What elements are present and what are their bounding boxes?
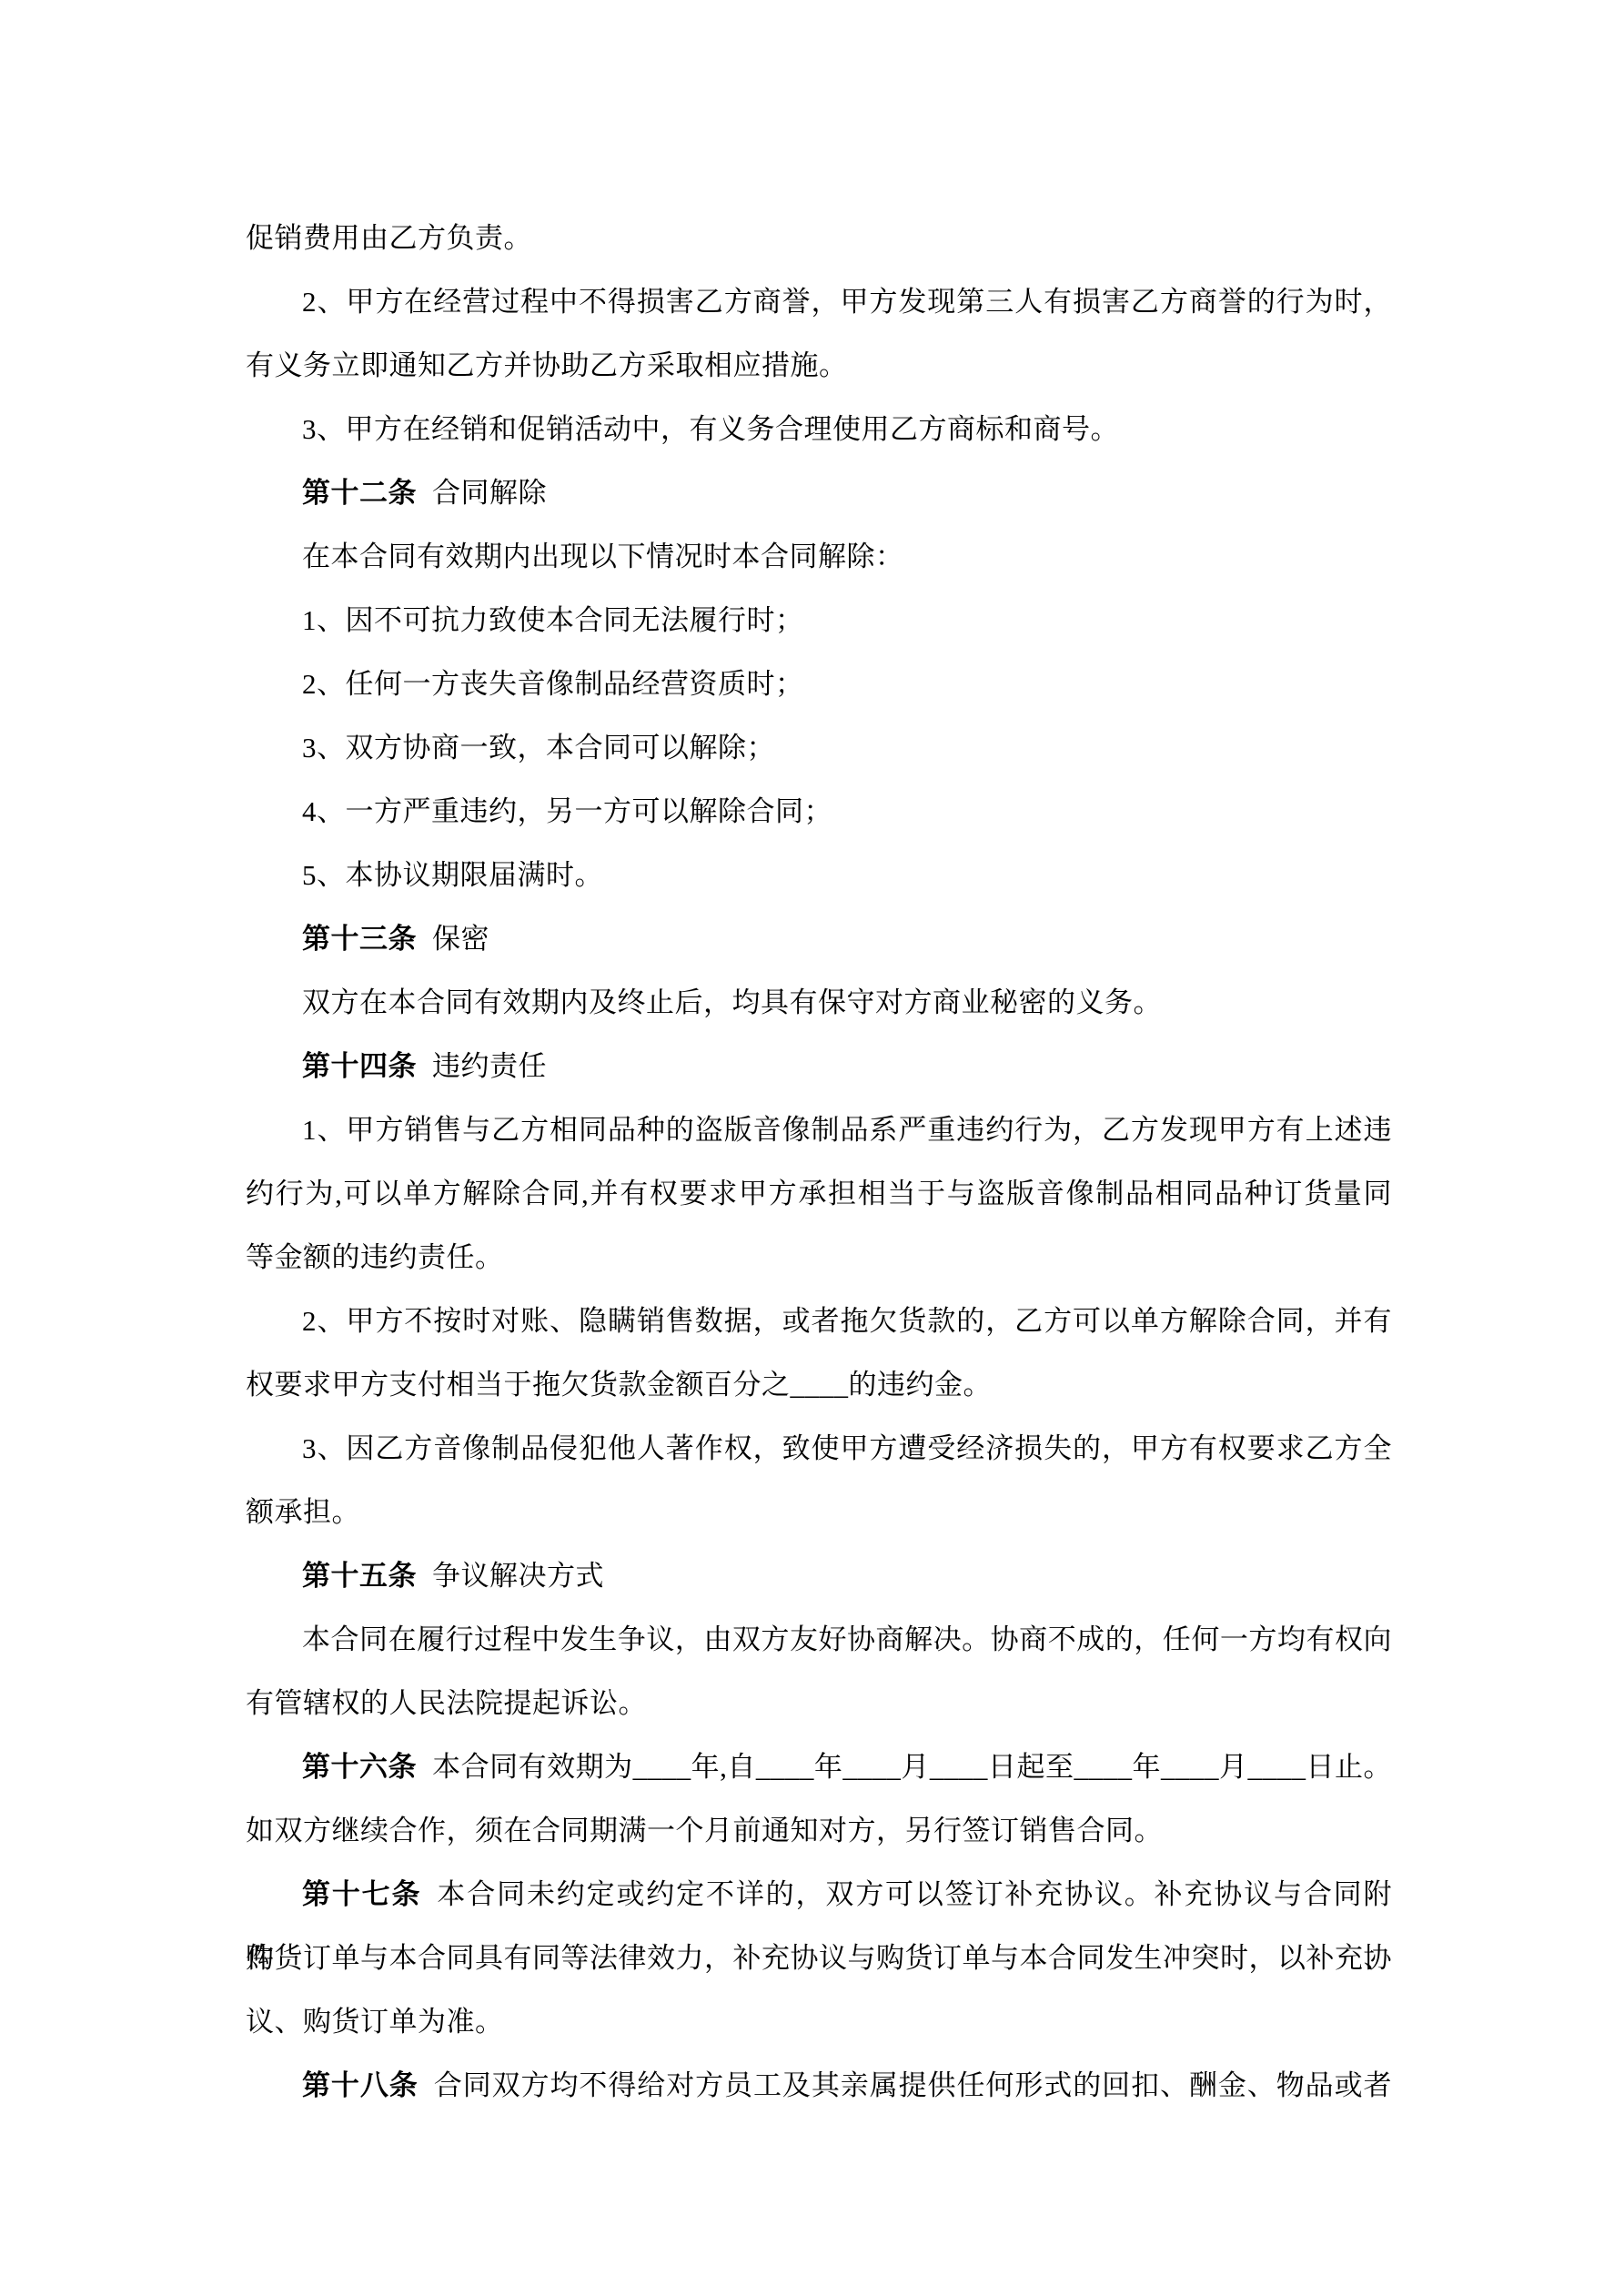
document-line: 第十二条合同解除 [246,461,1392,525]
line-text: 合同双方均不得给对方员工及其亲属提供任何形式的回扣、酬金、物品或者 [434,2069,1392,2101]
document-line: 有管辖权的人民法院提起诉讼。 [246,1672,1392,1735]
line-text: 争议解决方式 [432,1560,604,1592]
document-line: 如双方继续合作，须在合同期满一个月前通知对方，另行签订销售合同。 [246,1799,1392,1863]
article-number: 第十五条 [302,1560,417,1592]
line-text: 等金额的违约责任。 [246,1241,504,1273]
line-text: 本合同在履行过程中发生争议，由双方友好协商解决。协商不成的，任何一方均有权向 [302,1623,1392,1655]
document-line: 3、双方协商一致，本合同可以解除； [246,716,1392,780]
line-text: 购货订单与本合同具有同等法律效力，补充协议与购货订单与本合同发生冲突时，以补充协 [246,1942,1392,1974]
article-number: 第十八条 [302,2069,419,2101]
document-line: 本合同在履行过程中发生争议，由双方友好协商解决。协商不成的，任何一方均有权向 [246,1608,1392,1672]
document-line: 5、本协议期限届满时。 [246,844,1392,907]
article-number: 第十三条 [302,923,417,955]
document-line: 购货订单与本合同具有同等法律效力，补充协议与购货订单与本合同发生冲突时，以补充协 [246,1927,1392,1990]
document-line: 4、一方严重违约，另一方可以解除合同； [246,780,1392,844]
document-line: 第十六条本合同有效期为____年,自____年____月____日起至____年… [246,1735,1392,1799]
line-text: 4、一方严重违约，另一方可以解除合同； [302,795,832,827]
line-text: 合同解除 [432,477,547,509]
line-text: 议、购货订单为准。 [246,2006,504,2038]
line-text: 3、双方协商一致，本合同可以解除； [302,732,775,764]
line-text: 保密 [432,923,489,955]
document-line: 第十三条保密 [246,907,1392,971]
document-body: 促销费用由乙方负责。2、甲方在经营过程中不得损害乙方商誉，甲方发现第三人有损害乙… [246,207,1392,2118]
document-line: 在本合同有效期内出现以下情况时本合同解除： [246,525,1392,589]
line-text: 2、甲方在经营过程中不得损害乙方商誉，甲方发现第三人有损害乙方商誉的行为时， [302,286,1392,318]
line-text: 5、本协议期限届满时。 [302,859,603,891]
line-text: 约行为,可以单方解除合同,并有权要求甲方承担相当于与盗版音像制品相同品种订货量同 [246,1178,1392,1209]
document-line: 权要求甲方支付相当于拖欠货款金额百分之____的违约金。 [246,1353,1392,1417]
document-line: 有义务立即通知乙方并协助乙方采取相应措施。 [246,334,1392,398]
article-number: 第十六条 [302,1751,417,1783]
document-line: 1、甲方销售与乙方相同品种的盗版音像制品系严重违约行为，乙方发现甲方有上述违 [246,1098,1392,1162]
document-page: 促销费用由乙方负责。2、甲方在经营过程中不得损害乙方商誉，甲方发现第三人有损害乙… [0,0,1624,2296]
document-line: 第十五条争议解决方式 [246,1544,1392,1608]
line-text: 3、因乙方音像制品侵犯他人著作权，致使甲方遭受经济损失的，甲方有权要求乙方全 [302,1432,1392,1464]
line-text: 如双方继续合作，须在合同期满一个月前通知对方，另行签订销售合同。 [246,1815,1163,1846]
document-line: 1、因不可抗力致使本合同无法履行时； [246,589,1392,652]
line-text: 有管辖权的人民法院提起诉讼。 [246,1687,647,1719]
document-line: 第十七条本合同未约定或约定不详的，双方可以签订补充协议。补充协议与合同附件、 [246,1863,1392,1927]
document-line: 约行为,可以单方解除合同,并有权要求甲方承担相当于与盗版音像制品相同品种订货量同 [246,1162,1392,1226]
line-text: 2、任何一方丧失音像制品经营资质时； [302,668,804,700]
line-text: 促销费用由乙方负责。 [246,222,532,254]
line-text: 1、因不可抗力致使本合同无法履行时； [302,604,804,636]
line-text: 本合同有效期为____年,自____年____月____日起至____年____… [432,1751,1392,1783]
line-text: 权要求甲方支付相当于拖欠货款金额百分之____的违约金。 [246,1369,992,1401]
line-text: 在本合同有效期内出现以下情况时本合同解除： [302,541,904,572]
document-line: 促销费用由乙方负责。 [246,207,1392,270]
line-text: 违约责任 [432,1050,547,1082]
document-line: 第十四条违约责任 [246,1035,1392,1098]
document-line: 2、任何一方丧失音像制品经营资质时； [246,652,1392,716]
article-number: 第十二条 [302,477,417,509]
line-text: 1、甲方销售与乙方相同品种的盗版音像制品系严重违约行为，乙方发现甲方有上述违 [302,1114,1392,1146]
document-line: 额承担。 [246,1481,1392,1544]
document-line: 第十八条合同双方均不得给对方员工及其亲属提供任何形式的回扣、酬金、物品或者 [246,2054,1392,2118]
document-line: 议、购货订单为准。 [246,1990,1392,2054]
document-line: 2、甲方不按时对账、隐瞒销售数据，或者拖欠货款的，乙方可以单方解除合同，并有 [246,1290,1392,1353]
line-text: 有义务立即通知乙方并协助乙方采取相应措施。 [246,349,848,381]
document-line: 等金额的违约责任。 [246,1226,1392,1290]
document-line: 3、因乙方音像制品侵犯他人著作权，致使甲方遭受经济损失的，甲方有权要求乙方全 [246,1417,1392,1481]
line-text: 2、甲方不按时对账、隐瞒销售数据，或者拖欠货款的，乙方可以单方解除合同，并有 [302,1305,1392,1337]
article-number: 第十七条 [302,1878,421,1910]
line-text: 3、甲方在经销和促销活动中，有义务合理使用乙方商标和商号。 [302,413,1119,445]
document-line: 2、甲方在经营过程中不得损害乙方商誉，甲方发现第三人有损害乙方商誉的行为时， [246,270,1392,334]
document-line: 双方在本合同有效期内及终止后，均具有保守对方商业秘密的义务。 [246,971,1392,1035]
line-text: 双方在本合同有效期内及终止后，均具有保守对方商业秘密的义务。 [302,986,1162,1018]
article-number: 第十四条 [302,1050,417,1082]
line-text: 额承担。 [246,1496,360,1528]
document-line: 3、甲方在经销和促销活动中，有义务合理使用乙方商标和商号。 [246,398,1392,461]
